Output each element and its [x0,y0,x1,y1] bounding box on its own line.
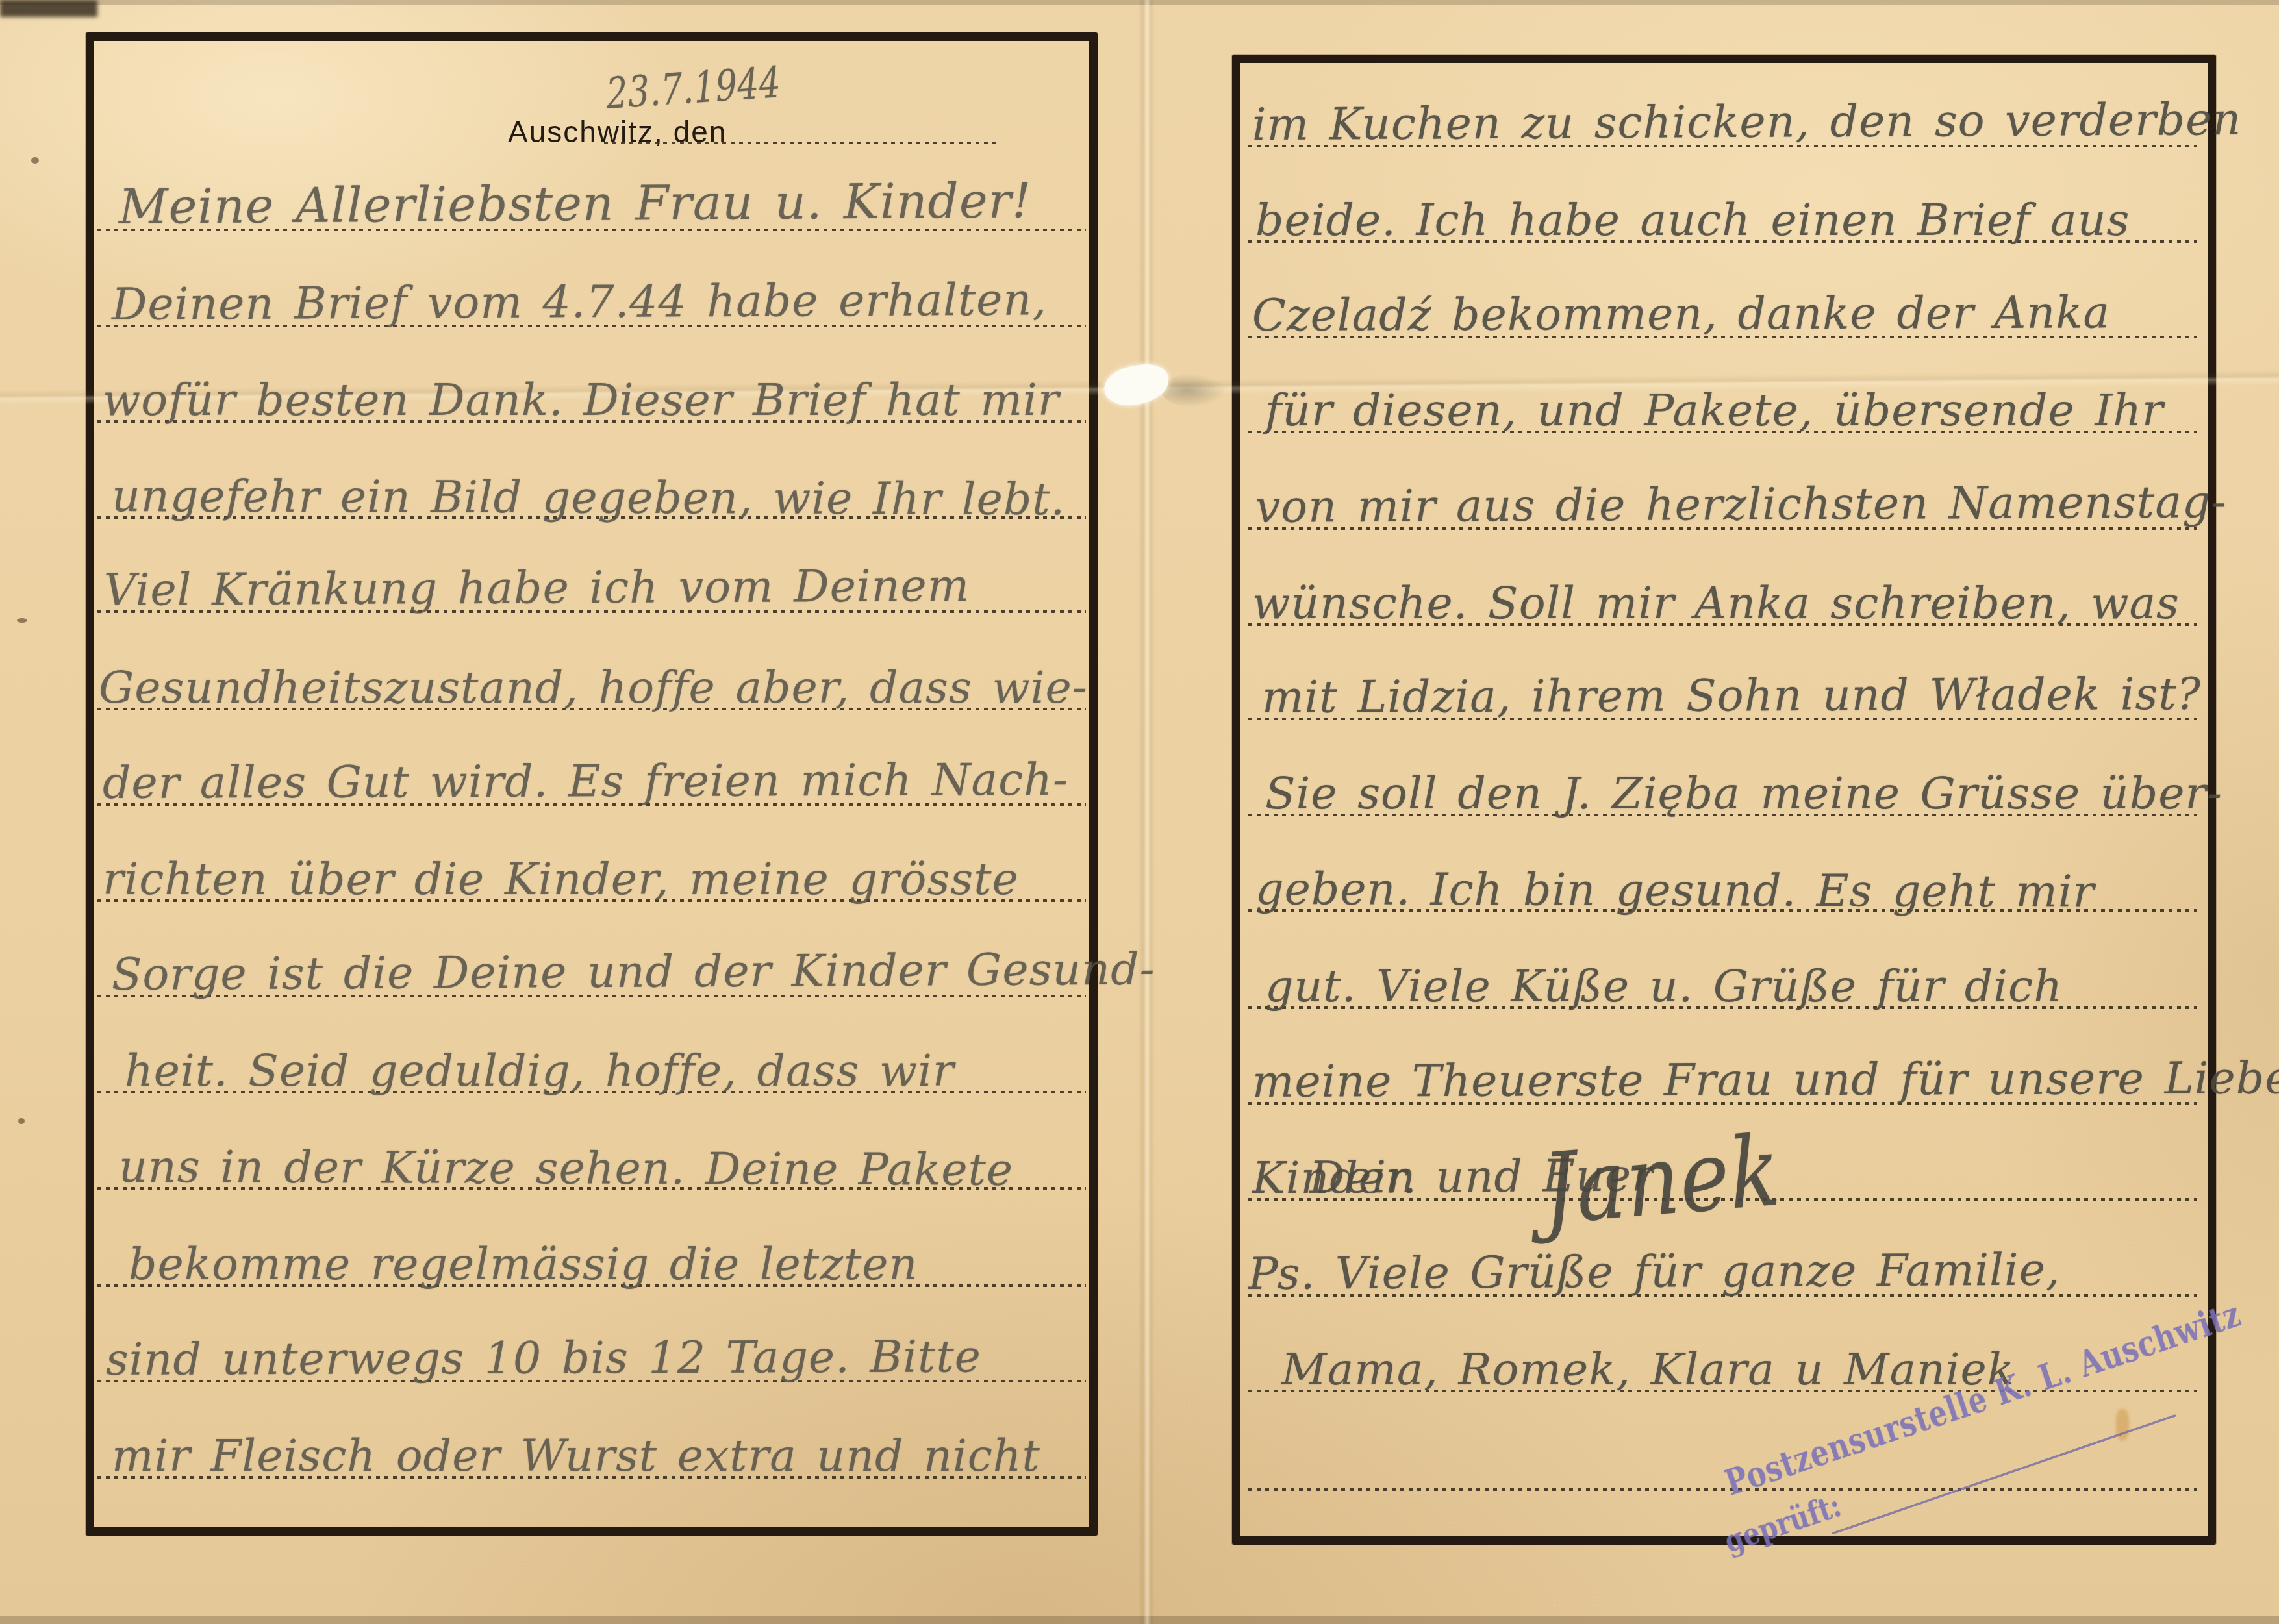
date-rule [604,142,1000,144]
handwritten-line: uns in der Kürze sehen. Deine Pakete [119,1145,1013,1193]
scanned-letter-document: Auschwitz, den 23.7.1944 Meine Allerlieb… [0,0,2279,1624]
handwritten-line: Sorge ist die Deine und der Kinder Gesun… [112,948,1155,997]
paper-tear-hole [1102,361,1172,410]
paper-speck [17,618,27,623]
handwritten-line: Gesundheitszustand, hoffe aber, dass wie… [99,666,1088,710]
handwritten-line: Viel Kränkung habe ich vom Deinem [104,564,970,613]
handwritten-line: meine Theuerste Frau und für unsere Lieb… [1252,1056,2279,1105]
handwritten-line: richten über die Kinder, meine grösste [103,858,1019,902]
handwritten-signature: Janek [1540,1122,1783,1239]
tear-smudge [1161,373,1226,407]
handwritten-line: der alles Gut wird. Es freien mich Nach- [103,758,1068,806]
handwritten-line: sind unterwegs 10 bis 12 Tage. Bitte [106,1335,981,1382]
handwritten-line: mit Lidzia, ihrem Sohn und Władek ist? [1262,673,2202,720]
handwritten-line: im Kuchen zu schicken, den so verderben [1252,98,2242,147]
handwritten-line: Deinen Brief vom 4.7.44 habe erhalten, [112,278,1047,327]
handwritten-line: Sie soll den J. Zięba meine Grüsse über- [1265,772,2222,816]
handwritten-line: von mir aus die herzlichsten Namenstag- [1255,481,2227,530]
handwritten-line: mir Fleisch oder Wurst extra und nicht [112,1434,1040,1479]
scan-corner-smudge [0,0,97,17]
handwritten-line: gut. Viele Küße u. Grüße für dich [1265,965,2063,1009]
handwritten-line: beide. Ich habe auch einen Brief aus [1255,199,2130,243]
handwritten-line: wofür besten Dank. Dieser Brief hat mir [103,379,1059,423]
handwritten-ps-line: Ps. Viele Grüße für ganze Familie, [1248,1248,2061,1297]
paper-speck [18,1118,25,1124]
paper-speck [31,157,39,164]
handwritten-line: Meine Allerliebsten Frau u. Kinder! [118,177,1031,231]
handwritten-line: bekomme regelmässig die letzten [129,1243,918,1287]
handwritten-date: 23.7.1944 [605,61,781,116]
handwritten-line: Czeladź bekommen, danke der Anka [1252,291,2110,338]
ruled-line [1248,1488,2197,1491]
handwritten-line: geben. Ich bin gesund. Es geht mir [1255,868,2095,915]
handwritten-line: heit. Seid geduldig, hoffe, dass wir [125,1049,954,1093]
handwritten-ps-line: Mama, Romek, Klara u Maniek [1281,1348,2015,1392]
fold-crease-vertical [1138,0,1155,1624]
handwritten-line: wünsche. Soll mir Anka schreiben, was [1252,582,2180,626]
handwritten-line: für diesen, und Pakete, übersende Ihr [1265,389,2164,433]
handwritten-line: ungefehr ein Bild gegeben, wie Ihr lebt. [112,475,1065,522]
